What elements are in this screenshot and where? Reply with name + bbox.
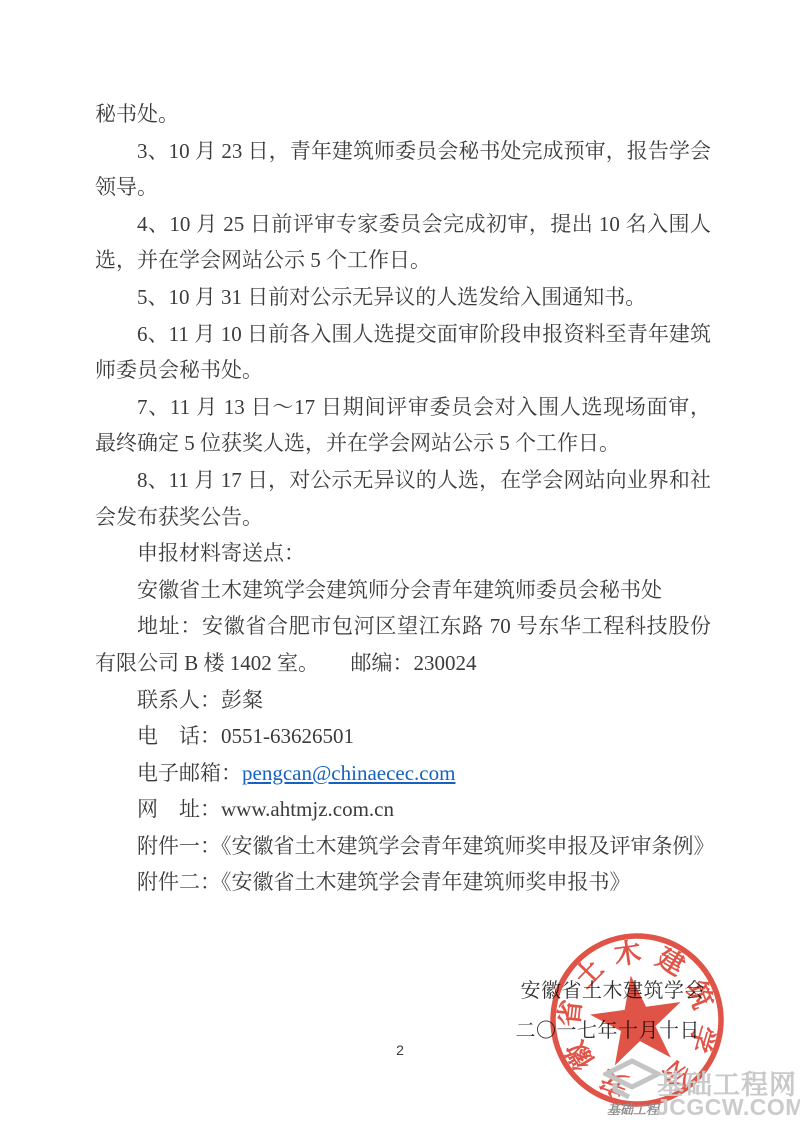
signature-date: 二〇一七年十月十日: [516, 1014, 701, 1043]
body-paragraph-item-3: 3、10 月 23 日，青年建筑师委员会秘书处完成预审，报告学会领导。: [95, 133, 711, 206]
attachment-1: 附件一：《安徽省土木建筑学会青年建筑师奖申报及评审条例》: [95, 828, 711, 865]
contact-person: 联系人：彭粲: [95, 682, 711, 719]
contact-phone: 电 话：0551-63626501: [95, 718, 711, 755]
watermark-script-text: 基础工程: [607, 1099, 659, 1118]
body-paragraph-item-6: 6、11 月 10 日前各入围人选提交面审阶段申报资料至青年建筑师委员会秘书处。: [95, 316, 711, 389]
page-number: 2: [0, 1042, 800, 1058]
signature-org: 安徽省土木建筑学会: [521, 974, 706, 1003]
body-paragraph-item-8: 8、11 月 17 日，对公示无异议的人选，在学会网站向业界和社会发布获奖公告。: [95, 462, 711, 535]
contact-email-row: 电子邮箱：pengcan@chinaecec.com: [95, 755, 711, 792]
contact-website: 网 址：www.ahtmjz.com.cn: [95, 791, 711, 828]
document-body: 秘书处。 3、10 月 23 日，青年建筑师委员会秘书处完成预审，报告学会领导。…: [95, 96, 711, 901]
body-paragraph-address-postcode: 地址：安徽省合肥市包河区望江东路 70 号东华工程科技股份有限公司 B 楼 14…: [95, 608, 711, 681]
svg-text:木: 木: [612, 937, 643, 970]
email-link[interactable]: pengcan@chinaecec.com: [242, 761, 455, 785]
body-paragraph-item-7: 7、11 月 13 日～17 日期间评审委员会对入围人选现场面审，最终确定 5 …: [95, 389, 711, 462]
body-paragraph-item-5: 5、10 月 31 日前对公示无异议的人选发给入围通知书。: [95, 279, 711, 316]
document-page: { "body": { "text_color": "#3b3b3b", "pa…: [0, 0, 800, 1131]
body-paragraph-mailing-heading: 申报材料寄送点：: [95, 535, 711, 572]
body-paragraph-mailing-address-org: 安徽省土木建筑学会建筑师分会青年建筑师委员会秘书处: [95, 572, 711, 609]
contact-email-label: 电子邮箱：: [137, 761, 242, 785]
watermark-logo-icon: [603, 1058, 661, 1104]
attachment-2: 附件二：《安徽省土木建筑学会青年建筑师奖申报书》: [95, 864, 711, 901]
body-paragraph-item-4: 4、10 月 25 日前评审专家委员会完成初审，提出 10 名入围人选，并在学会…: [95, 206, 711, 279]
watermark-site-url: JCGCW.COM: [656, 1094, 800, 1121]
body-paragraph-continuation: 秘书处。: [95, 96, 711, 133]
